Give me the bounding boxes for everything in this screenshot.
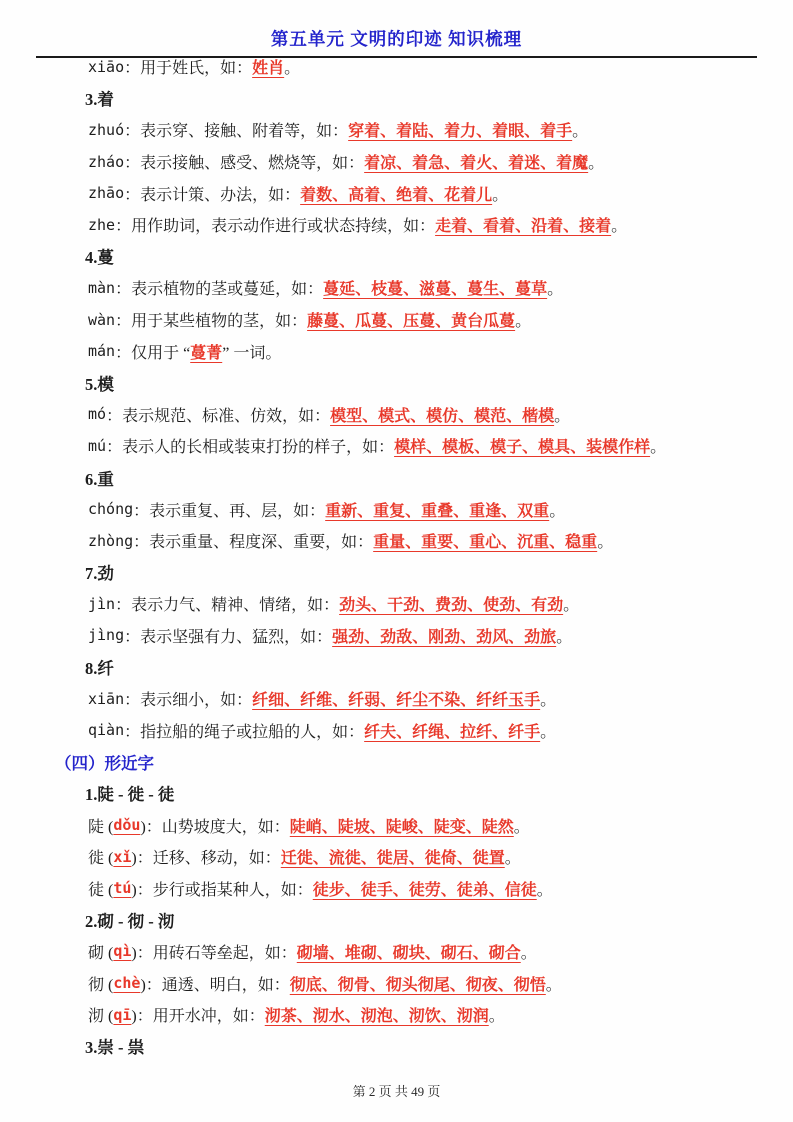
entry-line: màn：表示植物的茎或蔓延，如：蔓延、枝蔓、滋蔓、蔓生、蔓草。 [0,272,793,304]
highlighted-pinyin: tú [113,879,131,897]
page-number: 第 2 页 共 49 页 [0,1081,793,1100]
entry-line: 沏 (qī)：用开水冲，如：沏茶、沏水、沏泡、沏饮、沏润。 [0,999,793,1031]
sub-heading: 4.蔓 [0,241,793,273]
sub-heading: 3.崇 - 祟 [0,1030,793,1062]
highlighted-pinyin: chè [113,974,140,992]
highlighted-term: 走着、看着、沿着、接着 [435,213,611,236]
body-text: ：表示细小，如： [124,687,252,710]
entry-line: 徙 (xǐ)：迁移、移动，如：迁徙、流徙、徙居、徙倚、徙置。 [0,841,793,873]
entry-line: 徒 (tú)：步行或指某种人，如：徒步、徒手、徒劳、徒弟、信徒。 [0,872,793,904]
highlighted-term: 藤蔓、瓜蔓、压蔓、黄台瓜蔓 [307,308,515,331]
highlighted-term: 陡峭、陡坡、陡峻、陡变、陡然 [290,814,514,837]
entry-line: jìn：表示力气、精神、情绪，如：劲头、干劲、费劲、使劲、有劲。 [0,588,793,620]
body-text: 。 [515,308,531,331]
pinyin-text: qiàn [88,721,124,739]
highlighted-term: 重新、重复、重叠、重逢、双重 [325,498,549,521]
body-text: )：山势坡度大，如： [140,814,289,837]
highlighted-pinyin: dǒu [113,816,140,834]
pinyin-text: xiāo [88,58,124,76]
body-text: 5.模 [85,371,114,395]
body-text: ：表示计策、办法，如： [124,182,300,205]
body-text: ：用于姓氏，如： [124,55,252,78]
highlighted-term: 着数、高着、绝着、花着儿 [300,182,492,205]
pinyin-text: xiān [88,690,124,708]
body-text: ：表示坚强有力、猛烈，如： [124,624,332,647]
body-text: 。 [611,213,627,236]
body-text: 。 [492,182,508,205]
body-text: 。 [547,276,563,299]
body-text: （四）形近字 [55,750,154,774]
body-text: ：用于某些植物的茎，如： [115,308,307,331]
document-body: xiāo：用于姓氏，如：姓肖。3.着zhuó：表示穿、接触、附着等，如：穿着、着… [0,51,793,1062]
entry-line: mó：表示规范、标准、仿效，如：模型、模式、模仿、模范、楷模。 [0,399,793,431]
highlighted-pinyin: qī [113,1006,131,1024]
body-text: 。 [650,434,666,457]
entry-line: zhāo：表示计策、办法，如：着数、高着、绝着、花着儿。 [0,177,793,209]
pinyin-text: zhāo [88,184,124,202]
pinyin-text: màn [88,279,115,297]
body-text: 。 [556,624,572,647]
body-text: ：表示人的长相或装束打扮的样子，如： [106,434,394,457]
body-text: )：用砖石等垒起，如： [131,940,296,963]
highlighted-pinyin: xǐ [113,848,131,866]
body-text: 。 [546,972,562,995]
body-text: ：表示力气、精神、情绪，如： [115,592,339,615]
body-text: 。 [521,940,537,963]
body-text: ：仅用于 “ [115,340,190,363]
sub-heading: 1.陡 - 徙 - 徒 [0,778,793,810]
body-text: ：用作助词，表示动作进行或状态持续，如： [115,213,435,236]
highlighted-term: 重量、重要、重心、沉重、稳重 [373,529,597,552]
highlighted-term: 穿着、着陆、着力、着眼、着手 [348,118,572,141]
entry-line: chóng：表示重复、再、层，如：重新、重复、重叠、重逢、双重。 [0,493,793,525]
pinyin-text: wàn [88,311,115,329]
body-text: 。 [514,814,530,837]
body-text: 。 [572,118,588,141]
body-text: ：表示穿、接触、附着等，如： [124,118,348,141]
entry-line: zhe：用作助词，表示动作进行或状态持续，如：走着、看着、沿着、接着。 [0,209,793,241]
body-text: 。 [597,529,613,552]
entry-line: 彻 (chè)：通透、明白，如：彻底、彻骨、彻头彻尾、彻夜、彻悟。 [0,967,793,999]
highlighted-term: 彻底、彻骨、彻头彻尾、彻夜、彻悟 [290,972,546,995]
body-text: 。 [489,1003,505,1026]
sub-heading: 7.劲 [0,557,793,589]
body-text: 6.重 [85,466,114,490]
entry-line: xiāo：用于姓氏，如：姓肖。 [0,51,793,83]
pinyin-text: chóng [88,500,133,518]
body-text: 1.陡 - 徙 - 徒 [85,781,174,805]
pinyin-text: zhe [88,216,115,234]
body-text: 。 [588,150,604,173]
sub-heading: 3.着 [0,83,793,115]
body-text: )：步行或指某种人，如： [131,877,312,900]
highlighted-term: 模型、模式、模仿、模范、楷模 [330,403,554,426]
highlighted-term: 蔓菁 [190,340,222,363]
sub-heading: 8.纤 [0,651,793,683]
entry-line: wàn：用于某些植物的茎，如：藤蔓、瓜蔓、压蔓、黄台瓜蔓。 [0,304,793,336]
entry-line: qiàn：指拉船的绳子或拉船的人，如：纤夫、纤绳、拉纤、纤手。 [0,714,793,746]
pinyin-text: zháo [88,153,124,171]
body-text: 彻 ( [88,972,113,995]
body-text: 沏 ( [88,1003,113,1026]
body-text: 4.蔓 [85,244,114,268]
entry-line: mú：表示人的长相或装束打扮的样子，如：模样、模板、模子、模具、装模作样。 [0,430,793,462]
highlighted-term: 劲头、干劲、费劲、使劲、有劲 [339,592,563,615]
pinyin-text: mán [88,342,115,360]
body-text: 徒 ( [88,877,113,900]
entry-line: 砌 (qì)：用砖石等垒起，如：砌墙、堆砌、砌块、砌石、砌合。 [0,936,793,968]
highlighted-term: 强劲、劲敌、刚劲、劲风、劲旅 [332,624,556,647]
pinyin-text: jìn [88,595,115,613]
page-title: 第五单元 文明的印迹 知识梳理 [0,26,793,51]
body-text: ：表示植物的茎或蔓延，如： [115,276,323,299]
body-text: 砌 ( [88,940,113,963]
body-text: ” 一词。 [222,340,281,363]
highlighted-term: 蔓延、枝蔓、滋蔓、蔓生、蔓草 [323,276,547,299]
body-text: ：表示规范、标准、仿效，如： [106,403,330,426]
highlighted-term: 纤细、纤维、纤弱、纤尘不染、纤纤玉手 [252,687,540,710]
body-text: 徙 ( [88,845,113,868]
highlighted-pinyin: qì [113,942,131,960]
body-text: 。 [284,55,300,78]
entry-line: jìng：表示坚强有力、猛烈，如：强劲、劲敌、刚劲、劲风、劲旅。 [0,620,793,652]
body-text: 。 [540,687,556,710]
pinyin-text: jìng [88,626,124,644]
body-text: 。 [505,845,521,868]
entry-line: xiān：表示细小，如：纤细、纤维、纤弱、纤尘不染、纤纤玉手。 [0,683,793,715]
highlighted-term: 沏茶、沏水、沏泡、沏饮、沏润 [265,1003,489,1026]
entry-line: zhòng：表示重量、程度深、重要，如：重量、重要、重心、沉重、稳重。 [0,525,793,557]
body-text: 3.崇 - 祟 [85,1034,144,1058]
body-text: )：通透、明白，如： [140,972,289,995]
document-page: 第五单元 文明的印迹 知识梳理 xiāo：用于姓氏，如：姓肖。3.着zhuó：表… [0,0,793,1122]
pinyin-text: mú [88,437,106,455]
body-text: 8.纤 [85,655,114,679]
section-heading: （四）形近字 [0,746,793,778]
highlighted-term: 徒步、徒手、徒劳、徒弟、信徒 [313,877,537,900]
body-text: 。 [540,719,556,742]
body-text: )：用开水冲，如： [131,1003,264,1026]
highlighted-term: 姓肖 [252,55,284,78]
body-text: 陡 ( [88,814,113,837]
body-text: ：表示接触、感受、燃烧等，如： [124,150,364,173]
entry-line: zháo：表示接触、感受、燃烧等，如：着凉、着急、着火、着迷、着魔。 [0,146,793,178]
body-text: ：表示重量、程度深、重要，如： [133,529,373,552]
body-text: 。 [549,498,565,521]
body-text: 。 [554,403,570,426]
body-text: )：迁移、移动，如： [131,845,280,868]
pinyin-text: zhuó [88,121,124,139]
sub-heading: 5.模 [0,367,793,399]
body-text: 2.砌 - 彻 - 沏 [85,908,174,932]
entry-line: mán：仅用于 “蔓菁” 一词。 [0,335,793,367]
body-text: 。 [563,592,579,615]
highlighted-term: 迁徙、流徙、徙居、徙倚、徙置 [281,845,505,868]
body-text: ：表示重复、再、层，如： [133,498,325,521]
sub-heading: 6.重 [0,462,793,494]
body-text: 。 [537,877,553,900]
body-text: 3.着 [85,86,114,110]
highlighted-term: 着凉、着急、着火、着迷、着魔 [364,150,588,173]
body-text: ：指拉船的绳子或拉船的人，如： [124,719,364,742]
entry-line: 陡 (dǒu)：山势坡度大，如：陡峭、陡坡、陡峻、陡变、陡然。 [0,809,793,841]
sub-heading: 2.砌 - 彻 - 沏 [0,904,793,936]
highlighted-term: 砌墙、堆砌、砌块、砌石、砌合 [297,940,521,963]
highlighted-term: 模样、模板、模子、模具、装模作样 [394,434,650,457]
highlighted-term: 纤夫、纤绳、拉纤、纤手 [364,719,540,742]
body-text: 7.劲 [85,560,114,584]
pinyin-text: zhòng [88,532,133,550]
pinyin-text: mó [88,405,106,423]
entry-line: zhuó：表示穿、接触、附着等，如：穿着、着陆、着力、着眼、着手。 [0,114,793,146]
